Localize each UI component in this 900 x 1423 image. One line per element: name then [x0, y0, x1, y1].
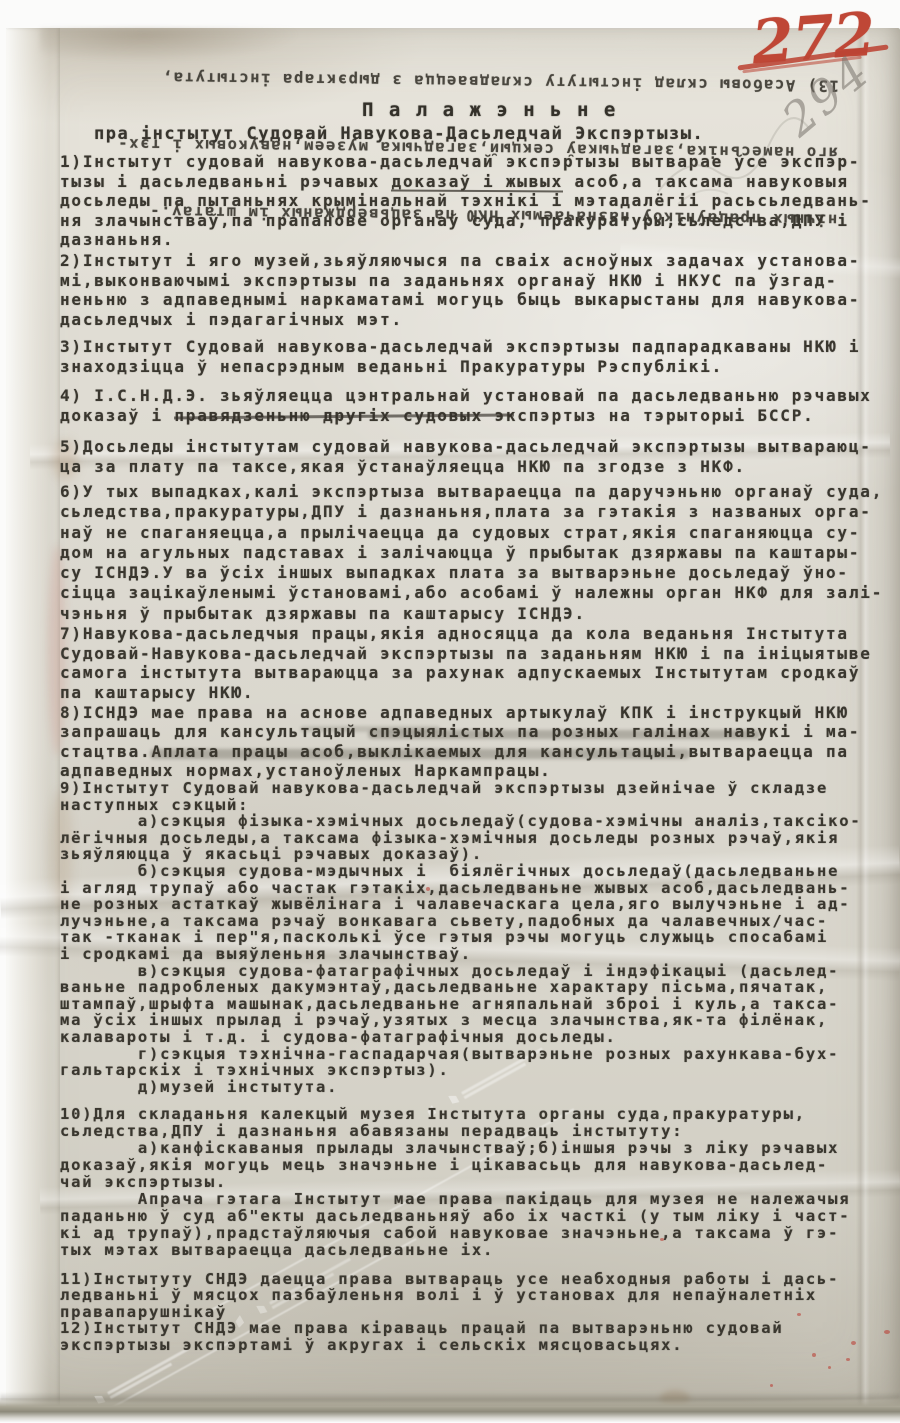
paragraph-4: 4) І.С.Н.Д.Э. зьяўляецца цэнтральнай уст…: [60, 386, 872, 425]
red-speck: [812, 1353, 816, 1357]
ink-smudge: [300, 726, 440, 732]
document-title: П а л а ж э н ь н е: [362, 99, 617, 121]
red-speck: [846, 1358, 850, 1361]
paragraph-11: 11)Інстытуту СНДЭ даецца права вытвараць…: [60, 1271, 839, 1320]
paragraph-6: 6)У тых выпадках,калі экспэртыза вытвара…: [60, 482, 883, 624]
ink-smudge: [150, 749, 690, 759]
paragraph-10: 10)Для складаньня калекцый музея Інстыту…: [60, 1106, 850, 1259]
paragraph-5: 5)Досьледы інстытутам судовай навукова-д…: [60, 437, 872, 476]
scanned-archival-document: { "document": { "page_number_red": "272"…: [0, 0, 900, 1423]
pencil-scribble: [648, 112, 818, 212]
paragraph-8: 8)ІСНДЭ мае права на аснове адпаведных а…: [60, 703, 860, 780]
red-speck: [426, 887, 430, 891]
red-speck: [828, 1366, 831, 1369]
red-speck: [660, 1238, 664, 1241]
paragraph-9-sections: 9)Інстытут Судовай навукова-дасьледчай э…: [60, 780, 862, 1095]
red-speck: [884, 1330, 890, 1334]
left-tape-strip: [6, 28, 60, 1406]
red-speck: [797, 1313, 801, 1316]
document-subtitle: пра інстытут Судовай Навукова-Дасьледчай…: [94, 124, 704, 144]
paragraph-7: 7)Навукова-дасьледчыя працы,якія адносяц…: [60, 624, 872, 702]
red-speck: [851, 1341, 856, 1345]
red-speck: [770, 1384, 773, 1387]
scan-bottom-margin: [0, 1398, 900, 1423]
rotated-line: 13) Асабовы склад інстытуту складваецца …: [59, 65, 839, 97]
paragraph-2: 2)Інстытут і яго музей,зьяўляючыся па св…: [60, 251, 860, 329]
paragraph-3: 3)Інстытут Судовай навукова-дасьледчай э…: [60, 337, 860, 376]
paragraph-12: 12)Інстытут СНДЭ мае права кіраваць прац…: [60, 1320, 784, 1353]
